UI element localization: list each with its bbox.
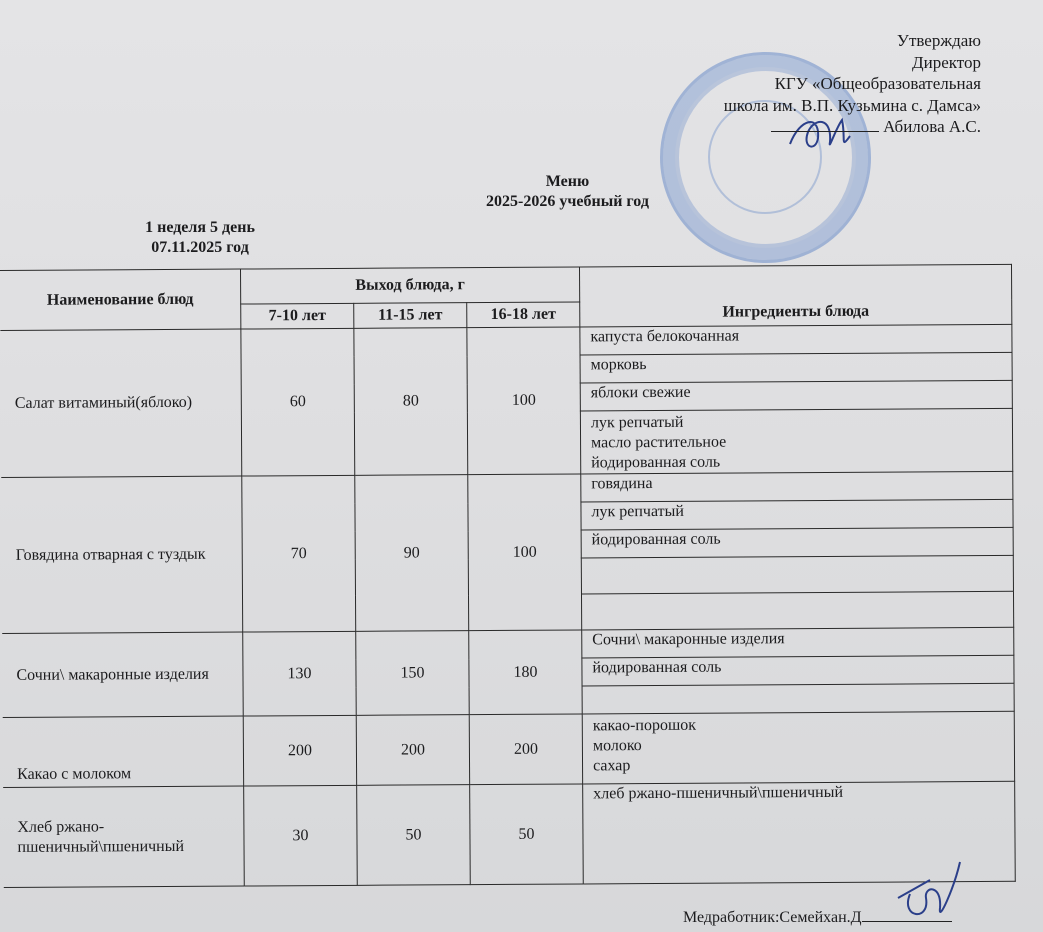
ingredient-cell: йодированная соль [581, 527, 1013, 558]
ingredient-cell: хлеб ржано-пшеничный\пшеничный [583, 781, 1016, 884]
ingredient-cell: морковь [580, 352, 1012, 383]
week-day: 1 неделя 5 день [110, 218, 290, 238]
table-row: Какао с молоком200200200какао-порошок мо… [3, 711, 1015, 787]
table-row: Хлеб ржано-пшеничный\пшеничный305050хлеб… [3, 781, 1015, 887]
medic-label: Медработник:Семейхан.Д [683, 909, 862, 926]
portion-3: 200 [469, 714, 582, 785]
portion-2: 90 [355, 475, 469, 632]
portion-1: 130 [243, 631, 357, 716]
col-header-name: Наименование блюд [0, 269, 241, 330]
ingredient-cell: лук репчатый [581, 499, 1013, 530]
signature-line [771, 117, 879, 132]
document-title: Меню 2025-2026 учебный год [440, 172, 695, 212]
ingredient-cell: говядина [581, 471, 1013, 502]
approval-label: Утверждаю [724, 30, 981, 52]
ingredient-cell: капуста белокочанная [580, 324, 1012, 355]
ingredient-cell: лук репчатый масло растительное йодирова… [580, 408, 1012, 474]
portion-3: 100 [468, 474, 582, 631]
col-header-age-1: 7-10 лет [241, 303, 354, 329]
dish-name: Хлеб ржано-пшеничный\пшеничный [3, 786, 244, 887]
dish-name: Говядина отварная с туздык [1, 476, 242, 633]
ingredient-cell: йодированная соль [582, 655, 1014, 686]
school-year: 2025-2026 учебный год [440, 192, 695, 212]
approval-org: КГУ «Общеобразовательная [724, 73, 981, 95]
col-header-age-3: 16-18 лет [467, 302, 580, 328]
date-text: 07.11.2025 год [110, 238, 290, 258]
portion-1: 60 [241, 328, 355, 476]
approval-signer: Абилова А.С. [883, 117, 981, 136]
approval-block: Утверждаю Директор КГУ «Общеобразователь… [724, 30, 981, 138]
ingredient-cell: яблоки свежие [580, 380, 1012, 411]
portion-2: 80 [354, 328, 468, 476]
col-header-output: Выход блюда, г [240, 267, 579, 304]
col-header-age-2: 11-15 лет [354, 303, 467, 329]
portion-1: 70 [242, 475, 356, 632]
portion-3: 100 [467, 327, 581, 475]
dish-name: Какао с молоком [3, 716, 244, 787]
portion-1: 200 [243, 715, 356, 786]
col-header-ingredients: Ингредиенты блюда [579, 264, 1011, 327]
ingredient-cell: какао-порошок молоко сахар [582, 711, 1014, 784]
ingredient-cell: Сочни\ макаронные изделия [582, 627, 1014, 658]
portion-1: 30 [244, 785, 358, 886]
approval-school: школа им. В.П. Кузьмина с. Дамса» [724, 95, 981, 117]
portion-2: 150 [356, 631, 470, 716]
dish-name: Салат витаминый(яблоко) [0, 329, 241, 477]
medic-signature-line [862, 907, 952, 922]
footer: Медработник:Семейхан.Д [683, 907, 952, 927]
ingredient-cell [581, 591, 1013, 630]
approval-signer-line: Абилова А.С. [724, 116, 981, 138]
menu-date: 1 неделя 5 день 07.11.2025 год [110, 218, 290, 258]
approval-position: Директор [724, 52, 981, 74]
portion-3: 180 [469, 630, 583, 715]
menu-table: Наименование блюд Выход блюда, г Ингреди… [0, 264, 1016, 888]
menu-title: Меню [440, 172, 695, 192]
portion-3: 50 [470, 784, 584, 885]
dish-name: Сочни\ макаронные изделия [2, 632, 243, 717]
portion-2: 50 [357, 785, 471, 886]
portion-2: 200 [356, 715, 469, 786]
ingredient-cell [581, 555, 1013, 594]
ingredient-cell [582, 683, 1014, 714]
